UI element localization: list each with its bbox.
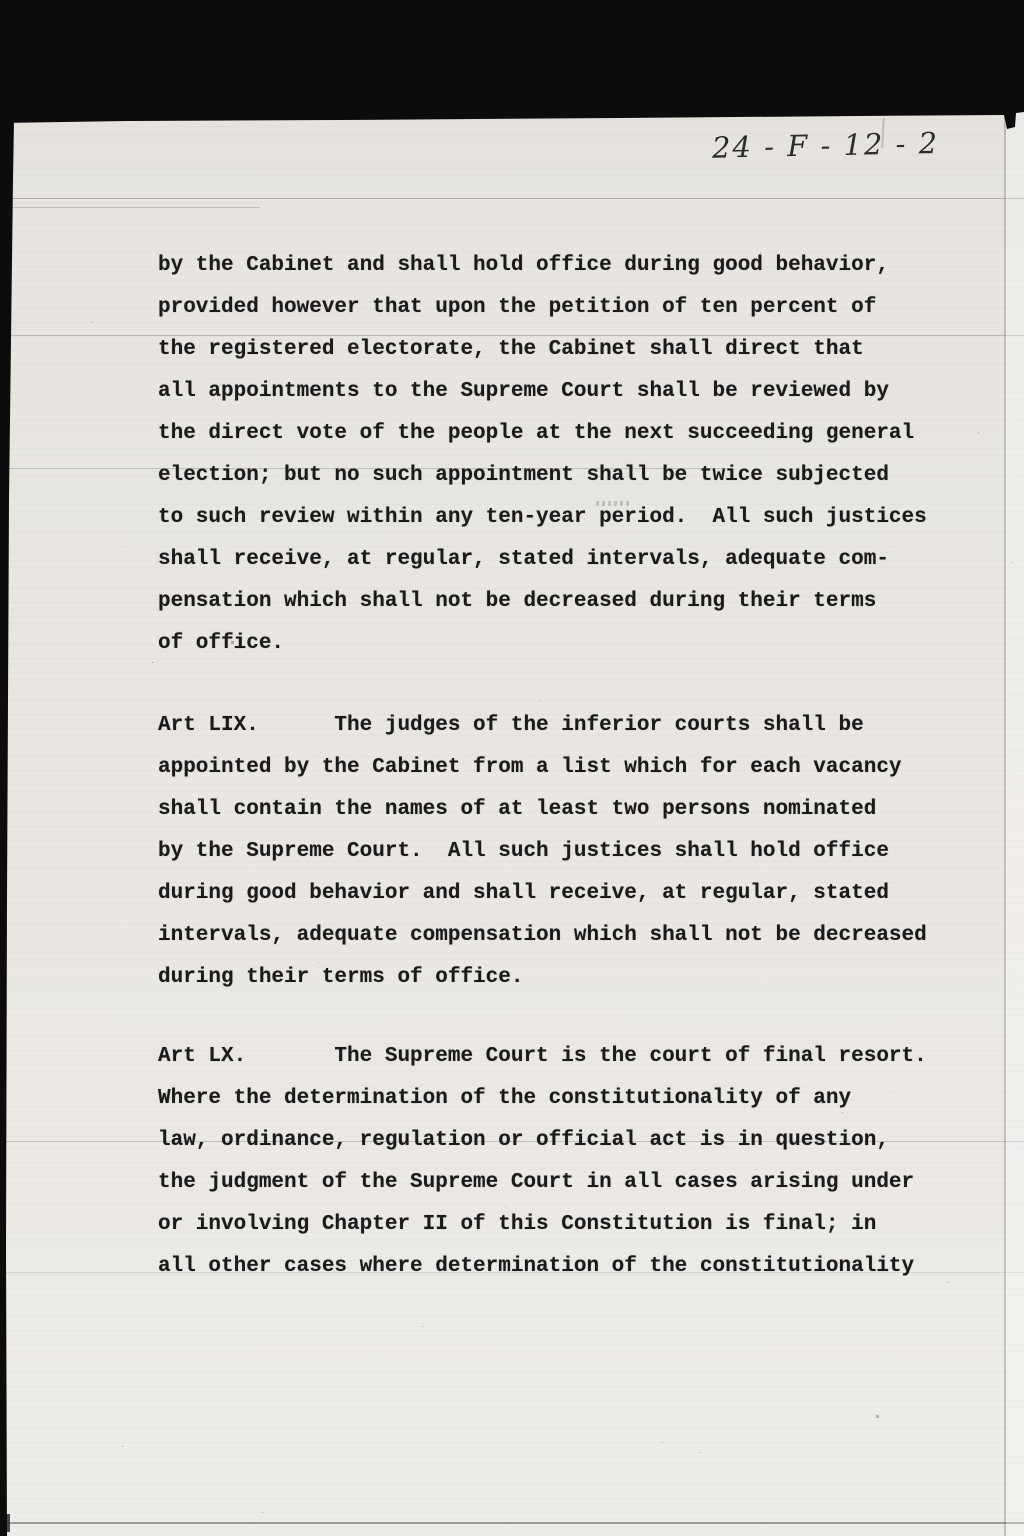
left-black-edge — [0, 0, 16, 1536]
scanned-document-page: 24 - F - 12 - 2 by the Cabinet and shall… — [0, 0, 1024, 1536]
top-black-band — [0, 0, 1024, 129]
scanner-black-edges — [0, 0, 1024, 1536]
